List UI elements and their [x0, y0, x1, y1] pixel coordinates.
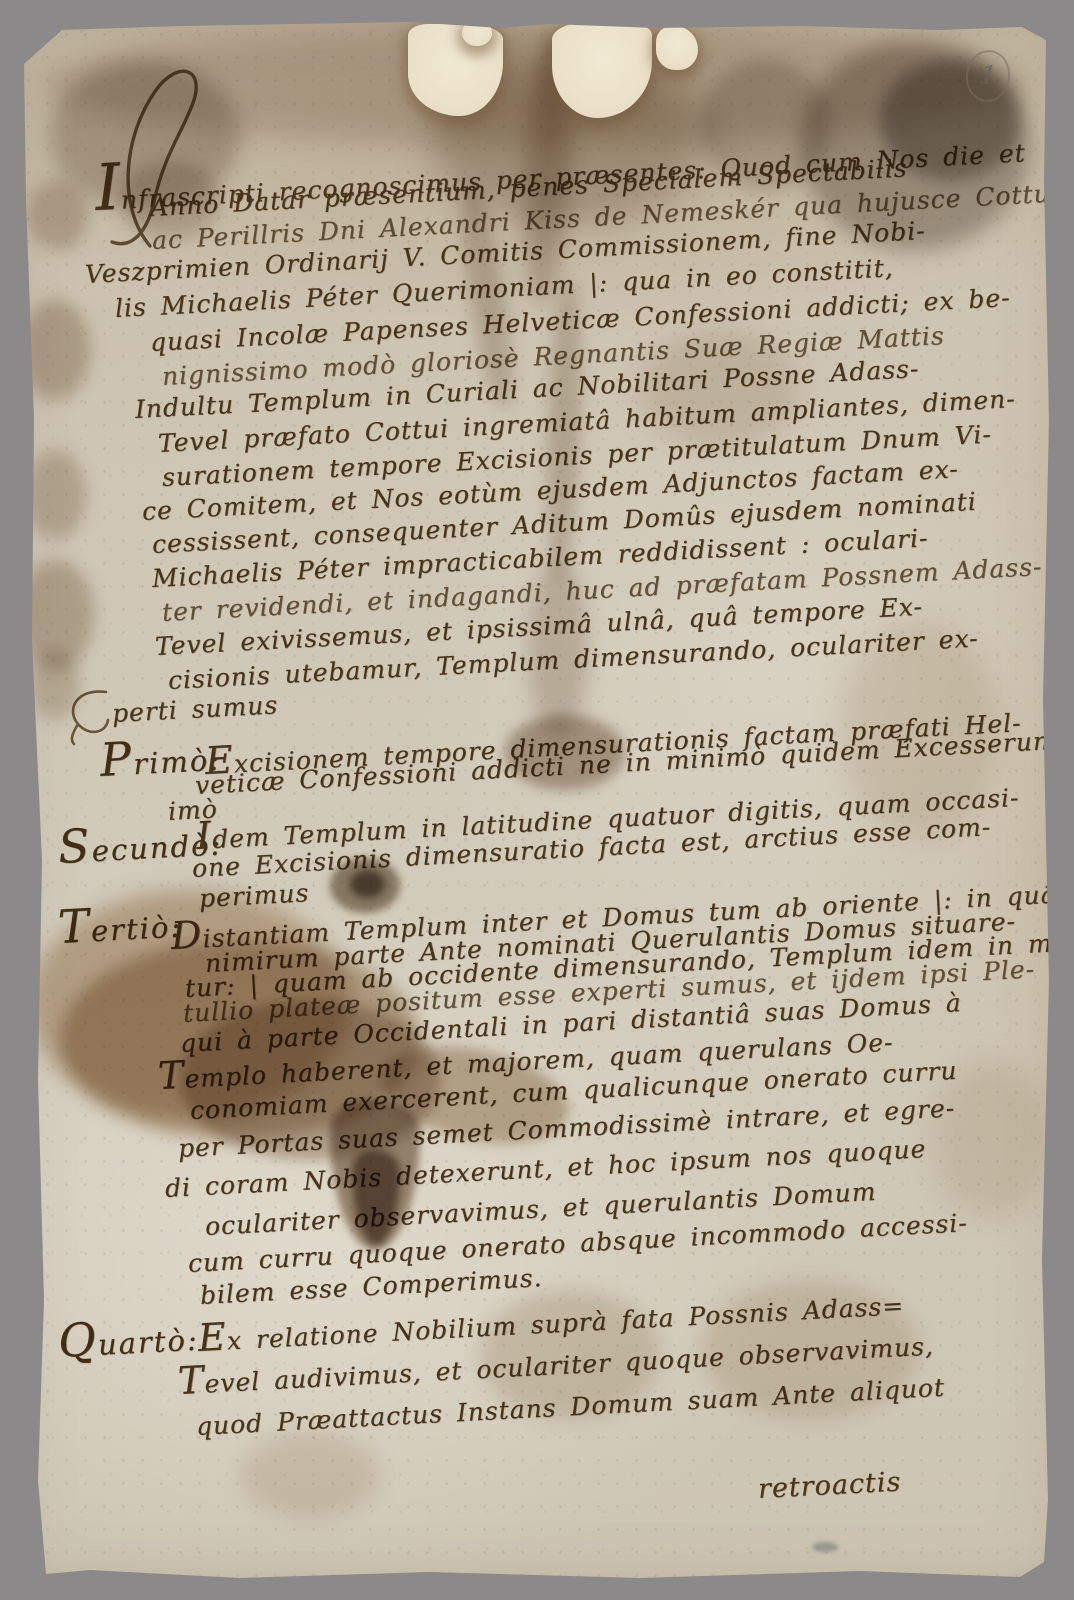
- document-scan: Infrascripti recognoscimus per præsentes…: [0, 0, 1074, 1600]
- section-label-tertio: Tertiò:: [57, 894, 184, 954]
- manuscript-page: Infrascripti recognoscimus per præsentes…: [0, 0, 1074, 1600]
